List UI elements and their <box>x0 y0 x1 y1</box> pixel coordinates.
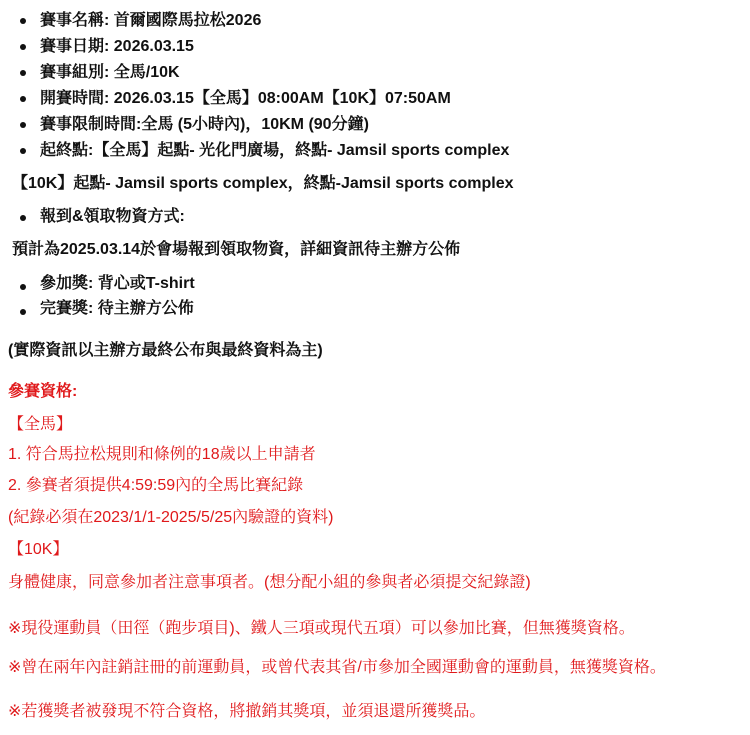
full-marathon-note: (紀錄必須在2023/1/1-2025/5/25內驗證的資料) <box>8 508 333 528</box>
bullet-icon <box>20 215 26 221</box>
bullet-icon <box>20 44 26 50</box>
ten-k-rule: 身體健康，同意參加者注意事項者。(想分配小組的參與者必須提交紀錄證) <box>8 573 531 593</box>
start-time: 開賽時間: 2026.03.15【全馬】08:00AM【10K】07:50AM <box>40 89 451 109</box>
full-marathon-rule-1: 1. 符合馬拉松規則和條例的18歲以上申請者 <box>8 445 316 465</box>
start-finish-full: 起終點:【全馬】起點- 光化門廣場，終點- Jamsil sports comp… <box>40 141 509 161</box>
full-marathon-rule-2: 2. 參賽者須提供4:59:59內的全馬比賽紀錄 <box>8 476 303 496</box>
finisher-award: 完賽獎: 待主辦方公佈 <box>40 299 194 319</box>
checkin-label: 報到&領取物資方式: <box>40 207 185 227</box>
checkin-detail: 預計為2025.03.14於會場報到領取物資，詳細資訊待主辦方公佈 <box>12 240 460 260</box>
event-name: 賽事名稱: 首爾國際馬拉松2026 <box>40 11 261 31</box>
time-limit: 賽事限制時間:全馬 (5小時內)，10KM (90分鐘) <box>40 115 369 135</box>
bullet-icon <box>20 70 26 76</box>
start-finish-10k: 【10K】起點- Jamsil sports complex，終點-Jamsil… <box>12 174 514 194</box>
full-marathon-label: 【全馬】 <box>8 415 72 435</box>
event-date: 賽事日期: 2026.03.15 <box>40 37 194 57</box>
eligibility-heading: 參賽資格: <box>8 382 77 402</box>
bullet-icon <box>20 309 26 315</box>
bullet-icon <box>20 18 26 24</box>
note-former-athletes: ※曾在兩年內註銷註冊的前運動員，或曾代表其省/市參加全國運動會的運動員，無獲獎資… <box>8 658 666 678</box>
bullet-icon <box>20 96 26 102</box>
bullet-icon <box>20 122 26 128</box>
ten-k-label: 【10K】 <box>8 540 68 560</box>
bullet-icon <box>20 148 26 154</box>
participation-award: 參加獎: 背心或T-shirt <box>40 274 195 294</box>
note-revocation: ※若獲獎者被發現不符合資格，將撤銷其獎項，並須退還所獲獎品。 <box>8 702 485 722</box>
event-category: 賽事組別: 全馬/10K <box>40 63 180 83</box>
disclaimer: (實際資訊以主辦方最終公布與最終資料為主) <box>8 341 323 361</box>
bullet-icon <box>20 284 26 290</box>
note-active-athletes: ※現役運動員（田徑（跑步項目)、鐵人三項或現代五項）可以參加比賽，但無獲獎資格。 <box>8 619 635 639</box>
